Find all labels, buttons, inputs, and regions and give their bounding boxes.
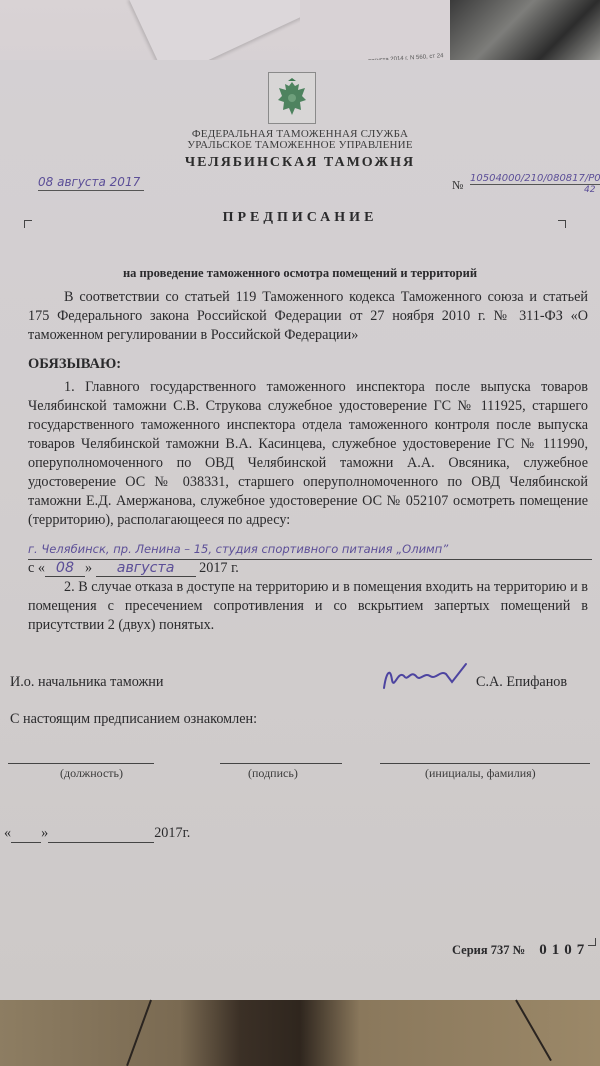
office-name: ЧЕЛЯБИНСКАЯ ТАМОЖНЯ: [0, 155, 600, 171]
document-number-suffix: 42: [584, 185, 595, 195]
acting-head-label: И.о. начальника таможни: [10, 674, 164, 691]
item-2-paragraph: 2. В случае отказа в доступе на территор…: [28, 578, 588, 635]
background-object: [450, 0, 600, 62]
ack-date-open: «: [4, 825, 11, 841]
name-caption: (инициалы, фамилия): [425, 766, 536, 781]
document-subtitle: на проведение таможенного осмотра помеще…: [0, 266, 600, 281]
name-line: [380, 763, 590, 764]
org-name-line-2: УРАЛЬСКОЕ ТАМОЖЕННОЕ УПРАВЛЕНИЕ: [0, 139, 600, 151]
signature-line: [220, 763, 342, 764]
document-date: 08 августа 2017: [38, 175, 144, 191]
ack-date-close: »: [41, 825, 48, 841]
date-mid: »: [85, 560, 92, 576]
document-page: ФЕДЕРАЛЬНАЯ ТАМОЖЕННАЯ СЛУЖБА УРАЛЬСКОЕ …: [0, 60, 600, 1000]
series-number: Серия 737 №0107: [452, 942, 589, 959]
intro-paragraph: В соответствии со статьей 119 Таможенног…: [28, 288, 588, 345]
obligate-heading: ОБЯЗЫВАЮ:: [28, 356, 121, 373]
date-day: 08: [45, 560, 85, 577]
position-caption: (должность): [60, 766, 123, 781]
document-number: 10504000/210/080817/Р000: [470, 173, 600, 185]
date-prefix: с «: [28, 560, 45, 576]
signer-name: С.А. Епифанов: [476, 674, 567, 691]
signature-mark: [380, 660, 472, 700]
signature-caption: (подпись): [248, 766, 298, 781]
document-title: ПРЕДПИСАНИЕ: [0, 210, 600, 226]
document-number-label: №: [452, 178, 463, 193]
date-month: августа: [96, 560, 196, 577]
series-label: Серия 737 №: [452, 943, 525, 957]
position-line: [8, 763, 154, 764]
serial-number: 0107: [539, 942, 589, 958]
ack-date-year: 2017г.: [154, 825, 190, 841]
address-handwritten: г. Челябинск, пр. Ленина – 15, студия сп…: [28, 542, 592, 560]
acknowledged-label: С настоящим предписанием ознакомлен:: [10, 711, 257, 728]
item-1-paragraph: 1. Главного государственного таможенного…: [28, 378, 588, 530]
inspection-date-line: с «08» августа 2017 г.: [28, 560, 239, 577]
background-floor: [0, 1000, 600, 1066]
acknowledged-date-line: « » 2017г.: [4, 825, 190, 843]
date-year: 2017 г.: [199, 560, 239, 576]
coat-of-arms-icon: [268, 72, 316, 124]
